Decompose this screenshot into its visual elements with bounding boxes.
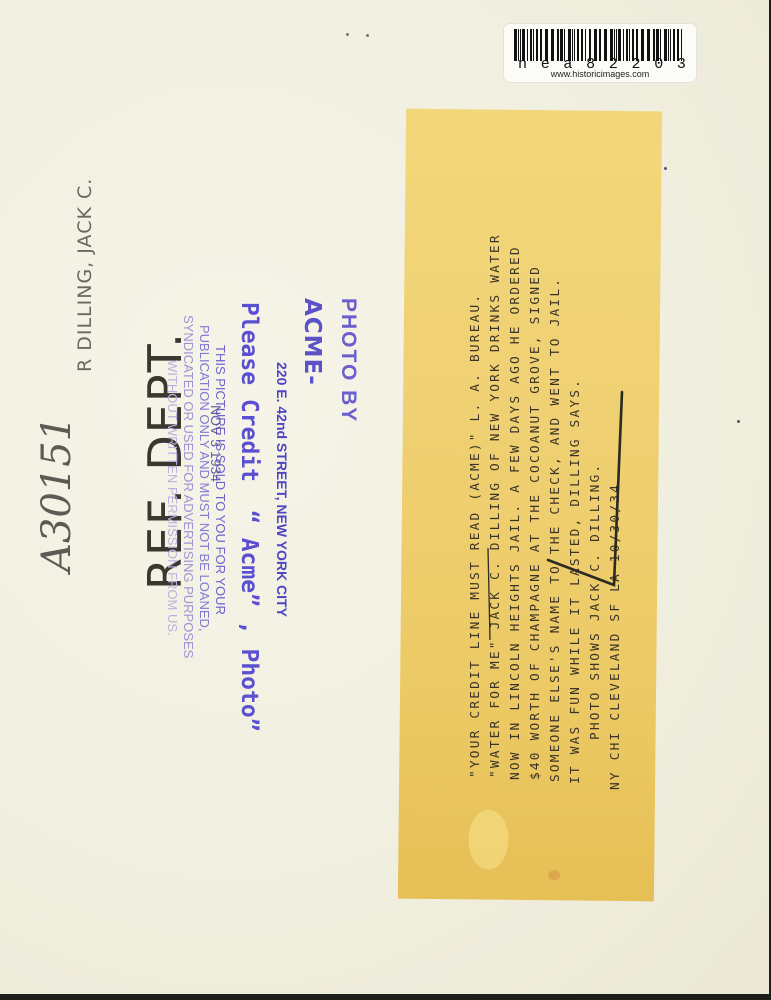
photo-back-paper: nea82203 www.historicimages.com A30151 R… [0,0,769,994]
pencil-mark-icon [0,0,771,1000]
